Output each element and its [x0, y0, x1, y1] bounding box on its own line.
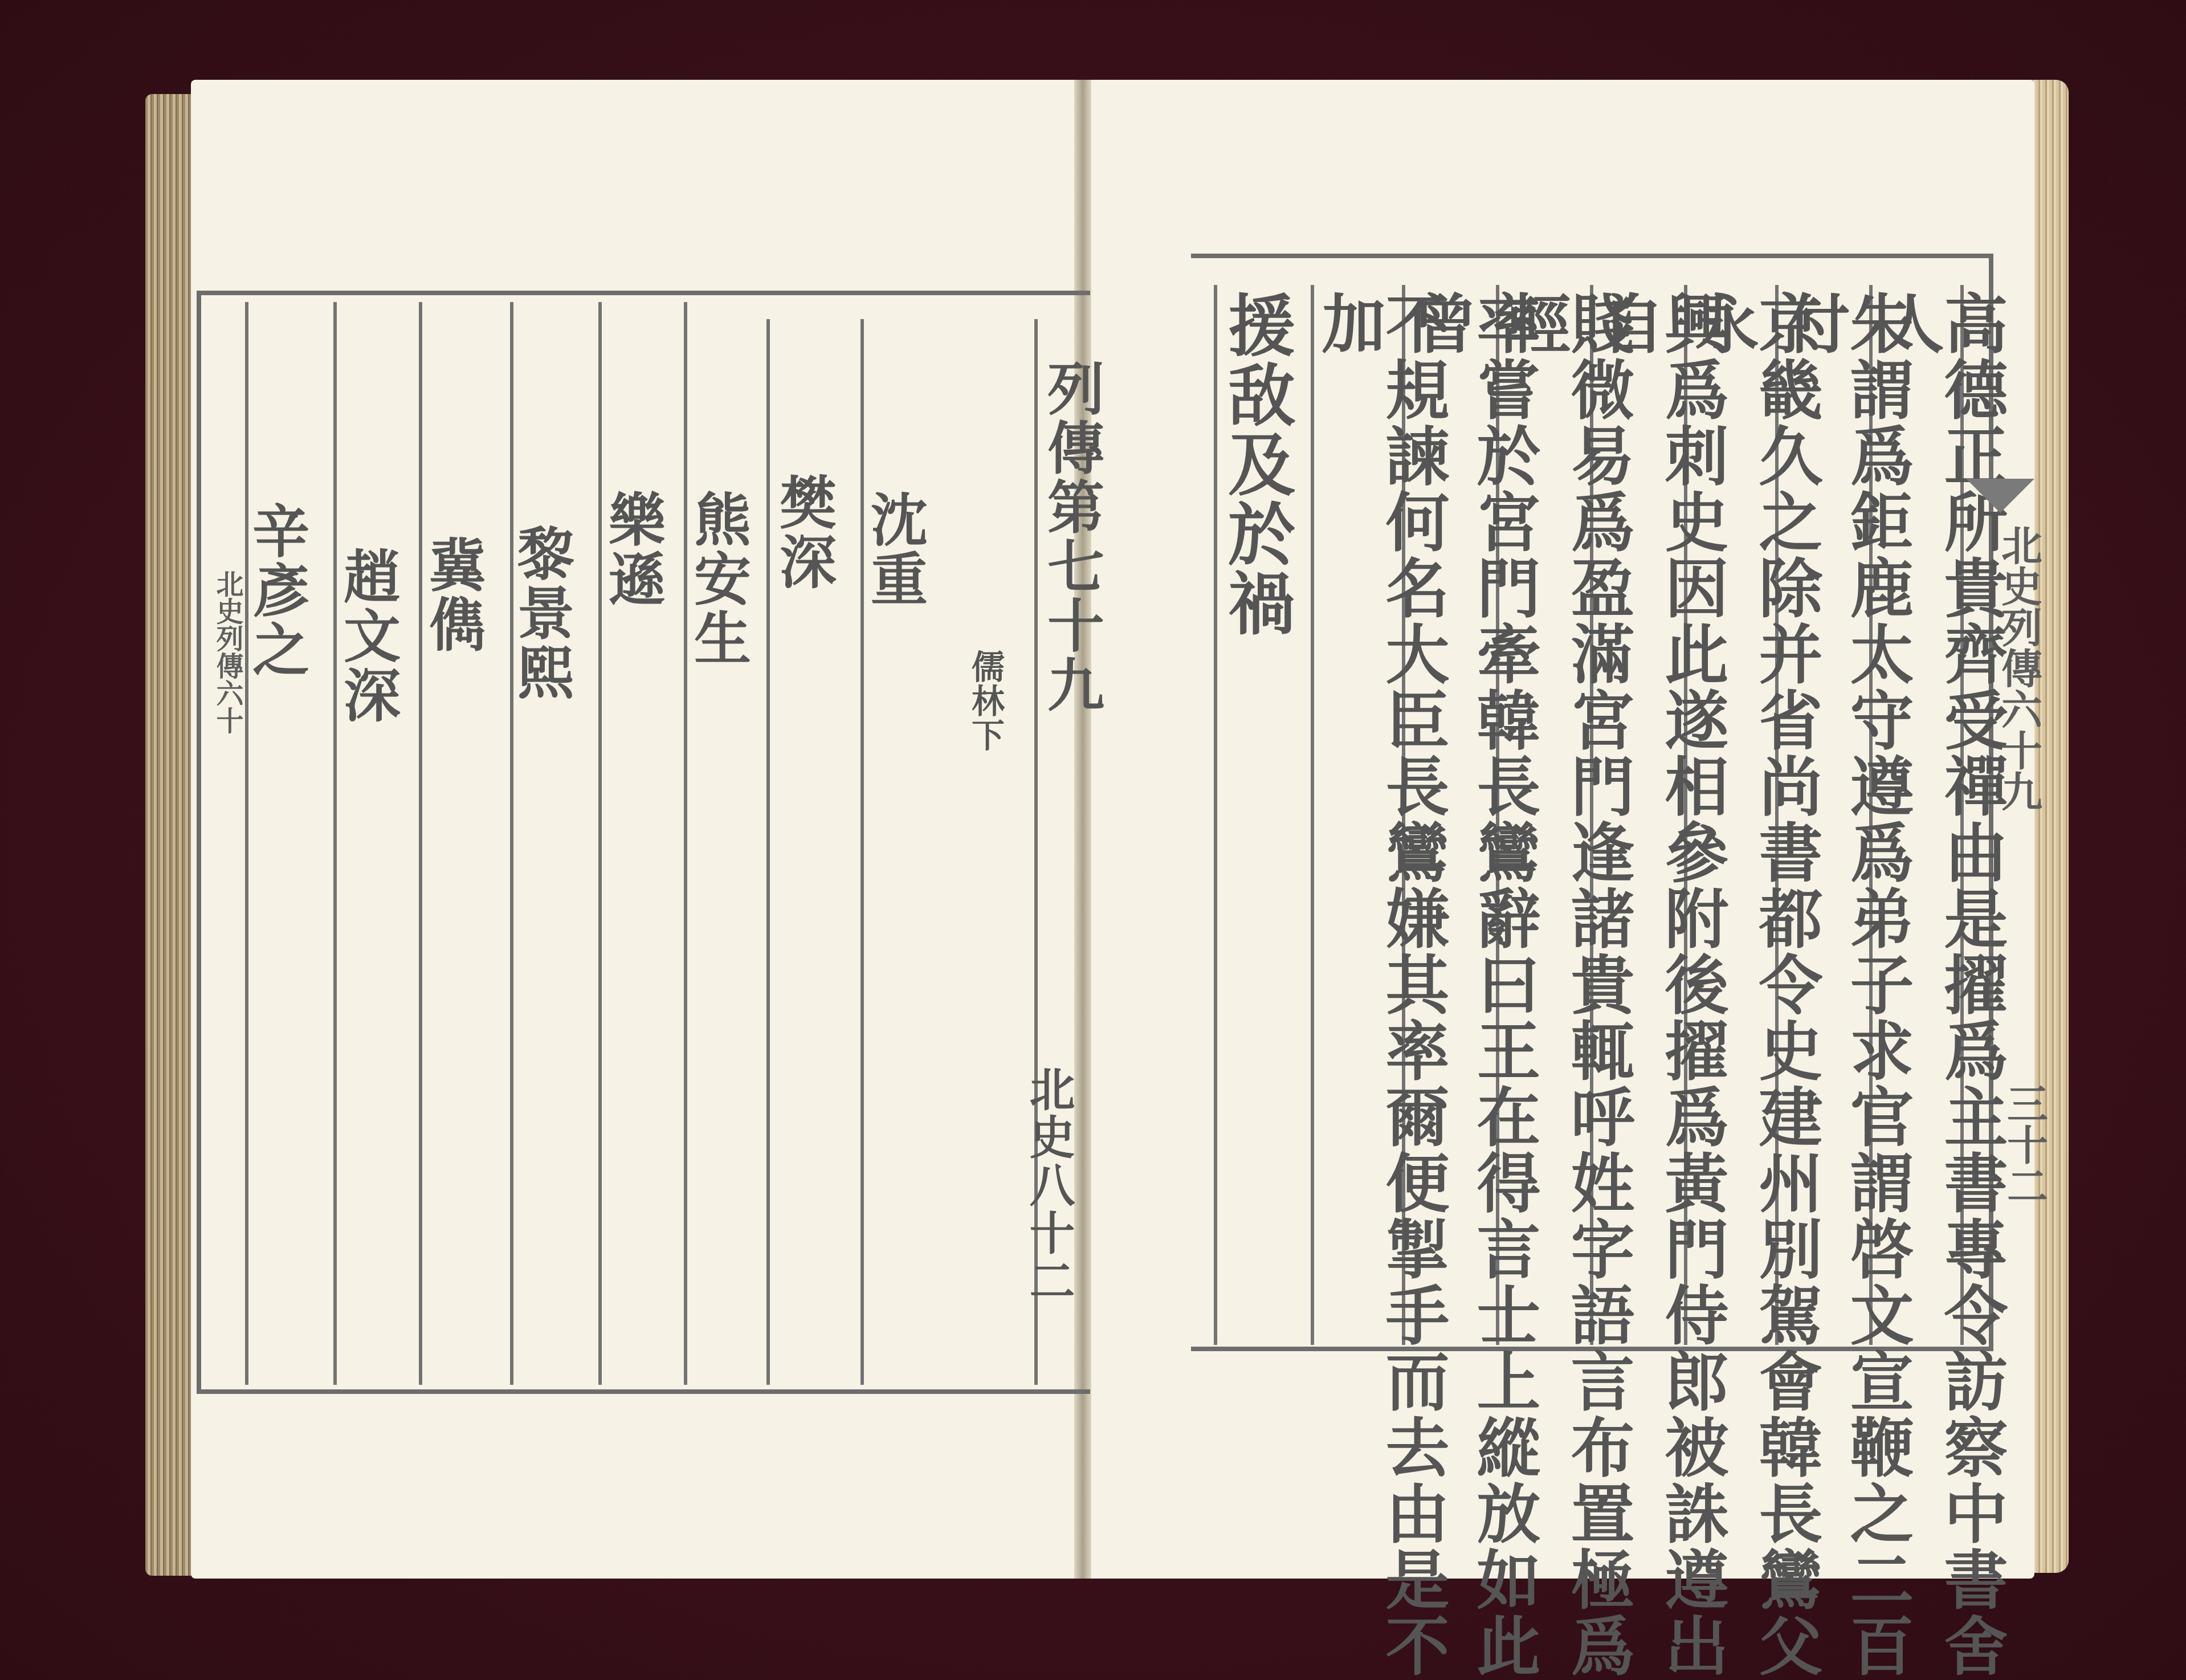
entry-zhao-wenshen: 趙文深	[339, 547, 396, 725]
column-rule	[419, 302, 422, 1385]
column-rule	[860, 319, 864, 1385]
fold-page-number: 三十二	[1995, 1083, 2054, 1206]
fold-label: 北史八十二	[1026, 1066, 1071, 1305]
entry-ji-jun: 冀儁	[425, 536, 482, 654]
column-rule	[598, 302, 602, 1385]
chapter-heading: 列傳第七十九	[1043, 359, 1100, 715]
right-page-stack-edge	[2029, 80, 2069, 1573]
text-column-8: 援敌及於禍	[1222, 291, 1290, 638]
column-rule	[245, 302, 248, 1385]
entry-xin-yanzhi: 辛彥之	[248, 501, 305, 679]
entry-shen-zhong: 沈重	[866, 490, 923, 609]
column-rule	[684, 302, 687, 1385]
text-column-1: 高德正所貴齊受禪由是擢爲主書專令訪察中書舍人	[1875, 291, 2003, 1680]
entry-li-jingxi: 黎景熙	[513, 524, 570, 702]
entry-fan-shen: 樊深	[775, 473, 832, 592]
left-page-border-frame	[197, 291, 1090, 1394]
subheading-rulin-xia: 儒林下	[969, 650, 1002, 752]
running-title: 北史列傳六十九	[1989, 524, 2048, 812]
column-rule	[510, 302, 513, 1385]
left-edge-label: 北史列傳六十	[208, 570, 247, 734]
column-rule	[1311, 285, 1314, 1345]
entry-xiong-ansheng: 熊安生	[690, 490, 747, 668]
column-rule	[333, 302, 337, 1385]
entry-le-xun: 樂遜	[604, 490, 661, 609]
